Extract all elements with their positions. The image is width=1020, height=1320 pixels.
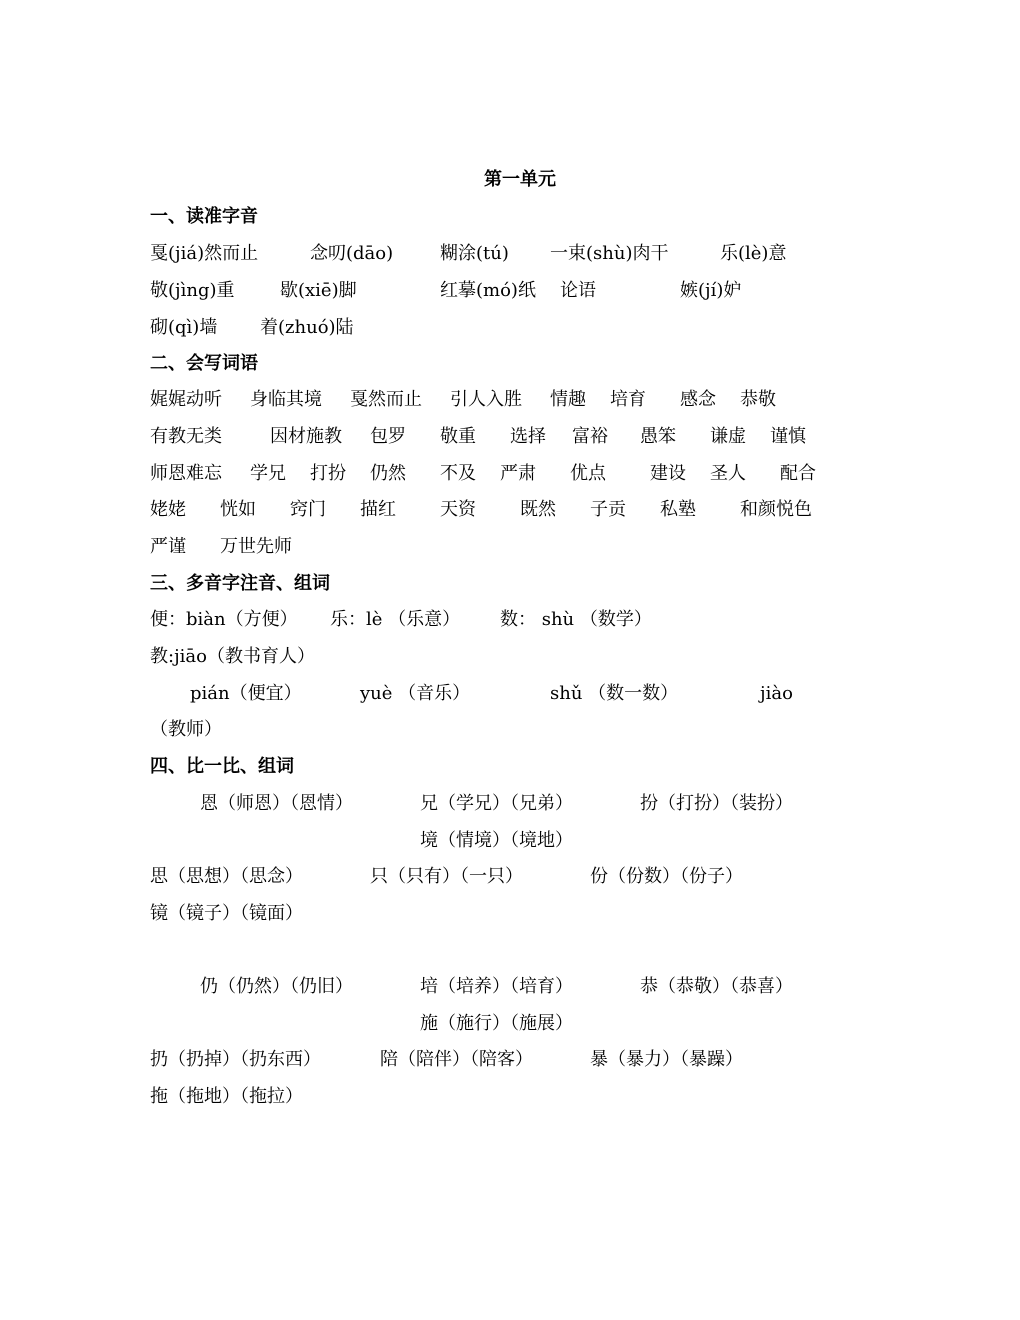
text-item: 优点 <box>570 462 606 486</box>
text-item: 和颜悦色 <box>740 498 812 522</box>
text-item: 恭（恭敬）（恭喜） <box>640 975 793 999</box>
text-item: 情趣 <box>550 388 586 412</box>
text-item: 引人入胜 <box>450 388 522 412</box>
text-item: 恩（师恩）（恩情） <box>200 792 353 816</box>
text-item: 万世先师 <box>220 535 292 559</box>
text-item: 乐(lè)意 <box>720 242 786 266</box>
text-item: yuè （音乐） <box>360 682 470 706</box>
text-item: 窍门 <box>290 498 326 522</box>
text-item: 乐：lè （乐意） <box>330 608 460 632</box>
text-item: 学兄 <box>250 462 286 486</box>
text-item: 拖（拖地）（拖拉） <box>150 1085 303 1109</box>
text-item: 戛(jiá)然而止 <box>150 242 258 266</box>
text-item: 培育 <box>610 388 646 412</box>
text-item: 娓娓动听 <box>150 388 222 412</box>
text-item: 戛然而止 <box>350 388 422 412</box>
text-item: 兄（学兄）（兄弟） <box>420 792 573 816</box>
text-item: 恭敬 <box>740 388 776 412</box>
text-item: 身临其境 <box>250 388 322 412</box>
section-heading-3: 三、多音字注音、组词 <box>150 572 330 596</box>
document-page: 第一单元 一、读准字音 戛(jiá)然而止 念叨(dāo) 糊涂(tú) 一束(… <box>0 0 1020 1320</box>
text-item: 暴（暴力）（暴躁） <box>590 1048 743 1072</box>
text-item: 糊涂(tú) <box>440 242 509 266</box>
text-item: 敬(jìng)重 <box>150 279 235 303</box>
text-item: 红摹(mó)纸 <box>440 279 536 303</box>
text-item: 思（思想）（思念） <box>150 865 303 889</box>
text-item: 包罗 <box>370 425 406 449</box>
text-item: 谦虚 <box>710 425 746 449</box>
text-item: 仍然 <box>370 462 406 486</box>
text-item: 只（只有）（一只） <box>370 865 523 889</box>
text-item: 因材施教 <box>270 425 342 449</box>
text-item: shǔ （数一数） <box>550 682 678 706</box>
text-item: 砌(qì)墙 <box>150 316 217 340</box>
text-item: 一束(shù)肉干 <box>550 242 668 266</box>
text-item: 感念 <box>680 388 716 412</box>
text-item: 不及 <box>440 462 476 486</box>
text-item: jiào <box>760 682 793 706</box>
section-heading-1: 一、读准字音 <box>150 205 258 229</box>
text-item: 子贡 <box>590 498 626 522</box>
text-item: 既然 <box>520 498 556 522</box>
text-item: 配合 <box>780 462 816 486</box>
text-item: 打扮 <box>310 462 346 486</box>
text-item: 描红 <box>360 498 396 522</box>
text-item: 培（培养）（培育） <box>420 975 573 999</box>
text-item: 严肃 <box>500 462 536 486</box>
text-item: 陪（陪伴）（陪客） <box>380 1048 533 1072</box>
text-item: 天资 <box>440 498 476 522</box>
text-item: 恍如 <box>220 498 256 522</box>
text-item: 私塾 <box>660 498 696 522</box>
text-item: 论语 <box>560 279 596 303</box>
text-item: 嫉(jí)妒 <box>680 279 741 303</box>
text-item: 愚笨 <box>640 425 676 449</box>
text-item: 选择 <box>510 425 546 449</box>
text-item: 歇(xiē)脚 <box>280 279 357 303</box>
text-item: 有教无类 <box>150 425 222 449</box>
text-item: 境（情境）（境地） <box>420 829 573 853</box>
section-heading-2: 二、会写词语 <box>150 352 258 376</box>
text-item: 仍（仍然）（仍旧） <box>200 975 353 999</box>
text-item: 谨慎 <box>770 425 806 449</box>
text-item: 建设 <box>650 462 686 486</box>
text-item: 敬重 <box>440 425 476 449</box>
text-item: 镜（镜子）（镜面） <box>150 902 303 926</box>
text-item: 着(zhuó)陆 <box>260 316 354 340</box>
text-item: 教:jiāo（教书育人） <box>150 645 315 669</box>
text-item: 师恩难忘 <box>150 462 222 486</box>
text-item: 念叨(dāo) <box>310 242 393 266</box>
text-item: 便：biàn（方便） <box>150 608 298 632</box>
text-item: 姥姥 <box>150 498 186 522</box>
text-item: 数： shù （数学） <box>500 608 652 632</box>
text-item: 严谨 <box>150 535 186 559</box>
text-item: 施（施行）（施展） <box>420 1012 573 1036</box>
text-item: 圣人 <box>710 462 746 486</box>
text-item: （教师） <box>150 718 222 742</box>
text-item: 份（份数）（份子） <box>590 865 743 889</box>
text-item: 富裕 <box>572 425 608 449</box>
text-item: 扔（扔掉）（扔东西） <box>150 1048 321 1072</box>
text-item: pián（便宜） <box>190 682 302 706</box>
page-title: 第一单元 <box>0 168 1020 192</box>
section-heading-4: 四、比一比、组词 <box>150 755 294 779</box>
text-item: 扮（打扮）（装扮） <box>640 792 793 816</box>
